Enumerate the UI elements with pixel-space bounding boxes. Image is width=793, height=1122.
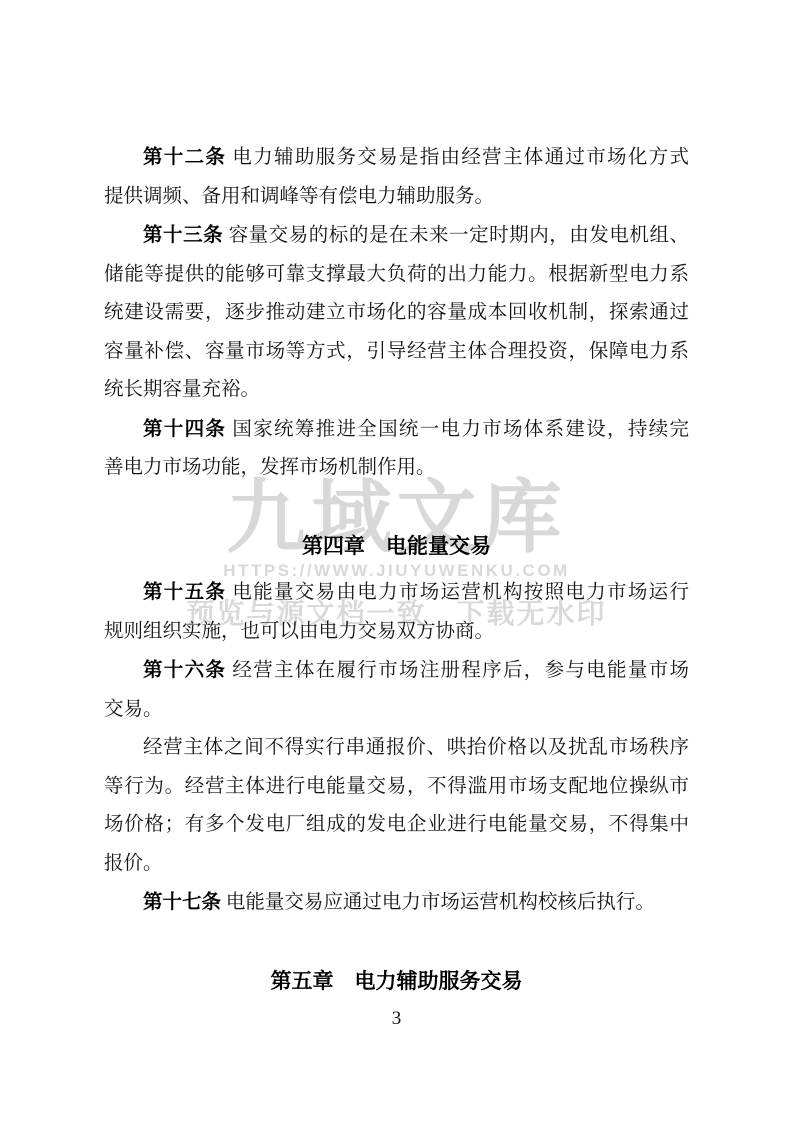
page-number: 3 (0, 1008, 793, 1030)
text-line: 第十四条 国家统筹推进全国统一电力市场体系建设，持续完 (104, 410, 689, 450)
text-line: 统长期容量充裕。 (104, 371, 689, 410)
paragraph: 第十二条 电力辅助服务交易是指由经营主体通过市场化方式提供调频、备用和调峰等有偿… (104, 138, 689, 216)
paragraph: 第十四条 国家统筹推进全国统一电力市场体系建设，持续完善电力市场功能，发挥市场机… (104, 410, 689, 488)
text-line: 报价。 (104, 845, 689, 884)
text-line: 规则组织实施，也可以由电力交易双方协商。 (104, 613, 689, 652)
article-number: 第十六条 (143, 659, 226, 681)
paragraph: 第十三条 容量交易的标的是在未来一定时期内，由发电机组、储能等提供的能够可靠支撑… (104, 216, 689, 410)
text-line: 等行为。经营主体进行电能量交易，不得滥用市场支配地位操纵市 (104, 768, 689, 807)
paragraph: 第十五条 电能量交易由电力市场运营机构按照电力市场运行规则组织实施，也可以由电力… (104, 573, 689, 651)
chapter-heading: 第四章 电能量交易 (104, 528, 689, 567)
paragraph: 第十七条 电能量交易应通过电力市场运营机构校核后执行。 (104, 883, 689, 923)
text-line: 场价格；有多个发电厂组成的发电企业进行电能量交易，不得集中 (104, 806, 689, 845)
paragraph: 经营主体之间不得实行串通报价、哄抬价格以及扰乱市场秩序等行为。经营主体进行电能量… (104, 729, 689, 883)
text-line: 容量补偿、容量市场等方式，引导经营主体合理投资，保障电力系 (104, 333, 689, 372)
chapter-heading: 第五章 电力辅助服务交易 (104, 963, 689, 1002)
text-line: 善电力市场功能，发挥市场机制作用。 (104, 449, 689, 488)
paragraph: 第十六条 经营主体在履行市场注册程序后，参与电能量市场交易。 (104, 651, 689, 729)
text-line: 第十六条 经营主体在履行市场注册程序后，参与电能量市场 (104, 651, 689, 691)
text-line: 第十五条 电能量交易由电力市场运营机构按照电力市场运行 (104, 573, 689, 613)
document-page: 九域文库 HTTPS://WWW.JIUYUWENKU.COM 预览与源文档一致… (0, 0, 793, 1122)
text-line: 第十七条 电能量交易应通过电力市场运营机构校核后执行。 (104, 883, 689, 923)
text-line: 第十二条 电力辅助服务交易是指由经营主体通过市场化方式 (104, 138, 689, 178)
article-number: 第十三条 (143, 224, 223, 246)
text-line: 第十三条 容量交易的标的是在未来一定时期内，由发电机组、 (104, 216, 689, 256)
text-line: 交易。 (104, 691, 689, 730)
text-line: 经营主体之间不得实行串通报价、哄抬价格以及扰乱市场秩序 (104, 729, 689, 768)
text-line: 储能等提供的能够可靠支撑最大负荷的出力能力。根据新型电力系 (104, 256, 689, 295)
article-number: 第十七条 (143, 891, 221, 913)
article-number: 第十二条 (143, 146, 226, 168)
text-line: 提供调频、备用和调峰等有偿电力辅助服务。 (104, 178, 689, 217)
article-number: 第十四条 (143, 418, 226, 440)
article-number: 第十五条 (143, 581, 226, 603)
text-line: 统建设需要，逐步推动建立市场化的容量成本回收机制，探索通过 (104, 294, 689, 333)
document-body: 第十二条 电力辅助服务交易是指由经营主体通过市场化方式提供调频、备用和调峰等有偿… (104, 0, 689, 1001)
